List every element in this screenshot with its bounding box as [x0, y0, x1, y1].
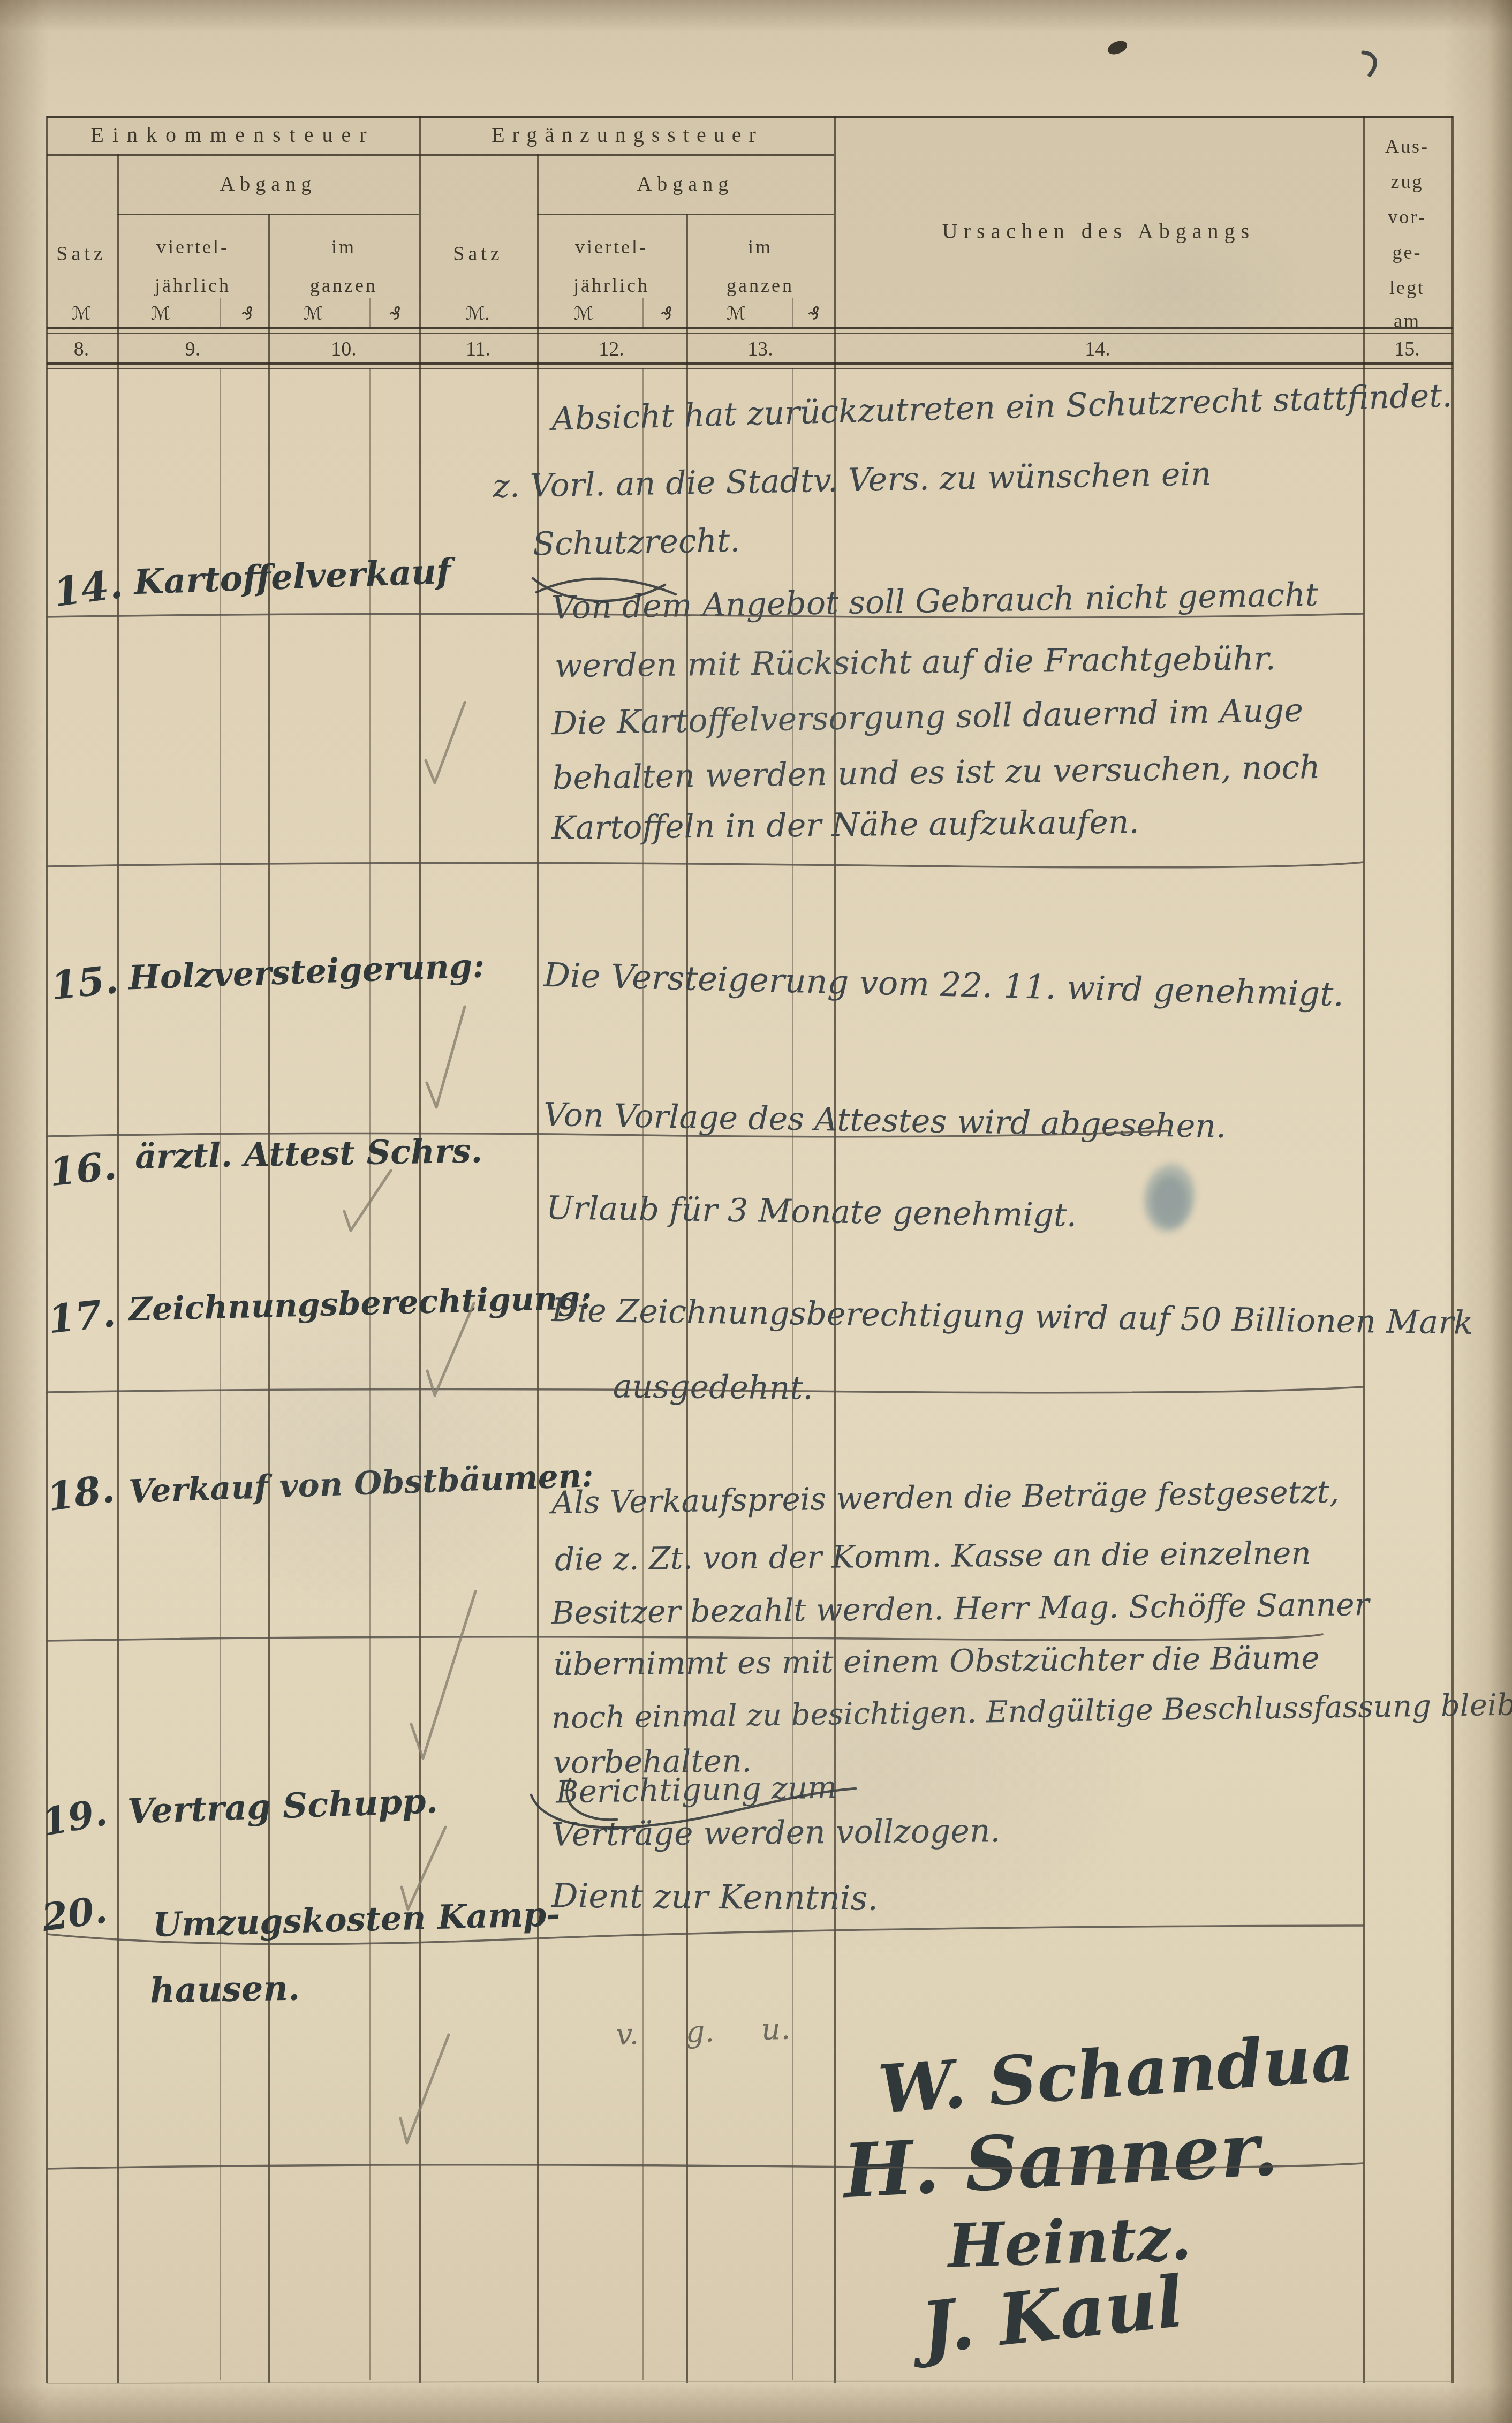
col13-unit-pfennig: ₰ — [808, 303, 820, 324]
col10-unit-divider — [369, 368, 371, 2380]
entry-14-note-3: Die Kartoffelversorgung soll dauernd im … — [551, 692, 1303, 742]
group-title-underline — [47, 154, 834, 156]
entry-15-number: 15. — [49, 956, 120, 1009]
entry-17-note-2: ausgedehnt. — [613, 1368, 813, 1407]
checkmark-icon-entry-19 — [402, 1827, 445, 1909]
entry-14-number: 14. — [51, 561, 125, 616]
table-left-border — [46, 116, 48, 2383]
col13-unit-mark: ℳ — [727, 303, 746, 324]
entry-18-note-5: noch einmal zu besichtigen. Endgültige B… — [551, 1687, 1512, 1735]
units-row-rule-b — [47, 333, 1453, 334]
signature-1: W. Schandua — [876, 2018, 1356, 2129]
col-number-12: 12. — [599, 337, 624, 361]
col-line-13-14 — [834, 116, 836, 2383]
entry-18-label: Verkauf von Obstbäumen: — [128, 1457, 594, 1511]
entry-14-note-5: Kartoffeln in der Nähe aufzukaufen. — [551, 803, 1139, 847]
col9-10-header-abgang: Abgang — [220, 172, 316, 196]
col15-header-line6: am — [1394, 310, 1420, 332]
entry-20-number: 20. — [39, 1887, 110, 1940]
col13-unit-divider-header — [792, 298, 793, 329]
entry-14-label: Kartoffelverkauf — [133, 552, 452, 603]
units-row-rule-a — [47, 327, 1453, 329]
group-title-einkommensteuer: Einkommensteuer — [90, 122, 375, 147]
col15-header-line3: vor- — [1388, 206, 1426, 228]
entry-18-note-2: die z. Zt. von der Komm. Kasse an die ei… — [555, 1535, 1311, 1577]
table-bottom-faint-line — [47, 2381, 1453, 2384]
entry-19-number: 19. — [39, 1790, 110, 1845]
table-right-border — [1451, 116, 1454, 2383]
entry-15-note-1: Die Versteigerung vom 22. 11. wird geneh… — [543, 955, 1344, 1014]
col-line-8-9 — [117, 154, 119, 2383]
numbers-row-rule-a — [47, 362, 1453, 365]
closing-formula: v. g. u. — [615, 2011, 791, 2052]
col10-unit-divider-header — [369, 298, 371, 329]
checkmark-icon-entry-18 — [411, 1591, 475, 1758]
entry-16-number: 16. — [47, 1143, 118, 1195]
col-number-14: 14. — [1085, 337, 1110, 361]
entry-20-label-line1: Umzugskosten Kamp- — [152, 1894, 561, 1944]
gray-ink-stain-core — [1151, 1176, 1189, 1227]
col14-header-ursachen: Ursachen des Abgangs — [942, 218, 1255, 244]
col15-header-line2: zug — [1391, 170, 1424, 193]
col12-unit-mark: ℳ — [574, 303, 593, 324]
entry-14-note-2: werden mit Rücksicht auf die Frachtgebüh… — [555, 640, 1276, 685]
col15-header-line4: ge- — [1393, 241, 1422, 263]
col-number-11: 11. — [466, 337, 490, 361]
abgang-underline-left — [117, 214, 419, 215]
col12-unit-divider-header — [642, 298, 644, 329]
col15-header-line1: Aus- — [1385, 135, 1429, 157]
row-line-mid-18 — [47, 1634, 1322, 1641]
col13-header-ganzen: ganzen — [727, 274, 794, 297]
col-line-10-11 — [419, 116, 421, 2383]
col10-unit-mark: ℳ — [304, 303, 323, 324]
entry-18-note-4: übernimmt es mit einem Obstzüchter die B… — [553, 1640, 1320, 1682]
entry-18-crossed-out-text: Berichtigung zum — [555, 1769, 837, 1810]
entry-16-note-2: Urlaub für 3 Monate genehmigt. — [546, 1189, 1077, 1234]
numbers-row-rule-b — [47, 368, 1453, 369]
group-title-ergaenzungssteuer: Ergänzungssteuer — [492, 122, 763, 147]
entry-19-note-1: Verträge werden vollzogen. — [551, 1812, 1001, 1853]
checkmark-icon-entry-16 — [344, 1171, 391, 1231]
checkmark-icon-entry-14 — [426, 703, 465, 783]
entry-17-label: Zeichnungsberechtigung: — [128, 1279, 592, 1329]
col-number-9: 9. — [185, 337, 201, 361]
abgang-underline-right — [537, 214, 834, 215]
col10-header-ganzen: ganzen — [310, 274, 377, 297]
col8-header-satz: Satz — [56, 242, 106, 266]
col13-header-im: im — [748, 236, 773, 258]
col9-unit-mark: ℳ — [151, 303, 170, 324]
continuation-line-3: Schutzrecht. — [532, 522, 740, 563]
entry-15-label: Holzversteigerung: — [128, 946, 485, 997]
col12-header-viertel: viertel- — [575, 236, 648, 258]
col9-header-viertel: viertel- — [156, 236, 229, 258]
ledger-page: Einkommensteuer Ergänzungssteuer Ursache… — [0, 0, 1512, 2423]
entry-14-note-1: Von dem Angebot soll Gebrauch nicht gema… — [551, 576, 1318, 627]
checkmark-icon-entry-20 — [400, 2035, 449, 2143]
col9-unit-pfennig: ₰ — [241, 303, 253, 324]
col-line-14-15 — [1363, 116, 1365, 2383]
top-ink-blob — [1106, 39, 1129, 57]
col-number-10: 10. — [331, 337, 357, 361]
col15-header-line5: legt — [1389, 276, 1425, 299]
table-top-border — [47, 116, 1453, 118]
checkmark-icon-entry-15 — [427, 1007, 465, 1107]
col9-unit-divider — [220, 368, 221, 2380]
entry-20-label-line2: hausen. — [149, 1968, 300, 2011]
col12-13-header-abgang: Abgang — [637, 172, 734, 196]
col-number-8: 8. — [74, 337, 89, 361]
entry-14-note-4: behalten werden und es ist zu versuchen,… — [553, 749, 1321, 797]
continuation-line-2: z. Vorl. an die Stadtv. Vers. zu wünsche… — [492, 455, 1211, 505]
col10-unit-pfennig: ₰ — [389, 303, 401, 324]
col9-unit-divider-header — [220, 298, 221, 329]
col-number-13: 13. — [747, 337, 773, 361]
row-line-after-14 — [47, 862, 1363, 867]
entry-16-note-1: Von Vorlage des Attestes wird abgesehen. — [543, 1096, 1226, 1145]
entry-18-number: 18. — [44, 1466, 117, 1520]
col12-unit-pfennig: ₰ — [661, 303, 672, 324]
entry-19-label: Vertrag Schupp. — [127, 1781, 439, 1832]
col9-header-jaehrlich: jährlich — [155, 274, 231, 297]
col12-header-jaehrlich: jährlich — [573, 274, 649, 297]
entry-20-note-1: Dient zur Kenntnis. — [551, 1876, 879, 1918]
entry-18-note-1: Als Verkaufspreis werden die Beträge fes… — [551, 1474, 1340, 1521]
entry-17-number: 17. — [46, 1290, 117, 1342]
col-number-15: 15. — [1394, 337, 1420, 361]
col11-header-satz: Satz — [453, 242, 503, 266]
entry-18-note-3: Besitzer bezahlt werden. Herr Mag. Schöf… — [551, 1586, 1370, 1631]
col8-unit-mark: ℳ — [72, 303, 91, 324]
col11-unit-mark: ℳ. — [465, 303, 490, 324]
entry-16-label: ärztl. Attest Schrs. — [134, 1131, 482, 1176]
entry-17-note-1: Die Zeichnungsberechtigung wird auf 50 B… — [551, 1292, 1473, 1342]
col10-header-im: im — [331, 236, 356, 258]
page-edge-ink-mark — [1363, 52, 1375, 75]
